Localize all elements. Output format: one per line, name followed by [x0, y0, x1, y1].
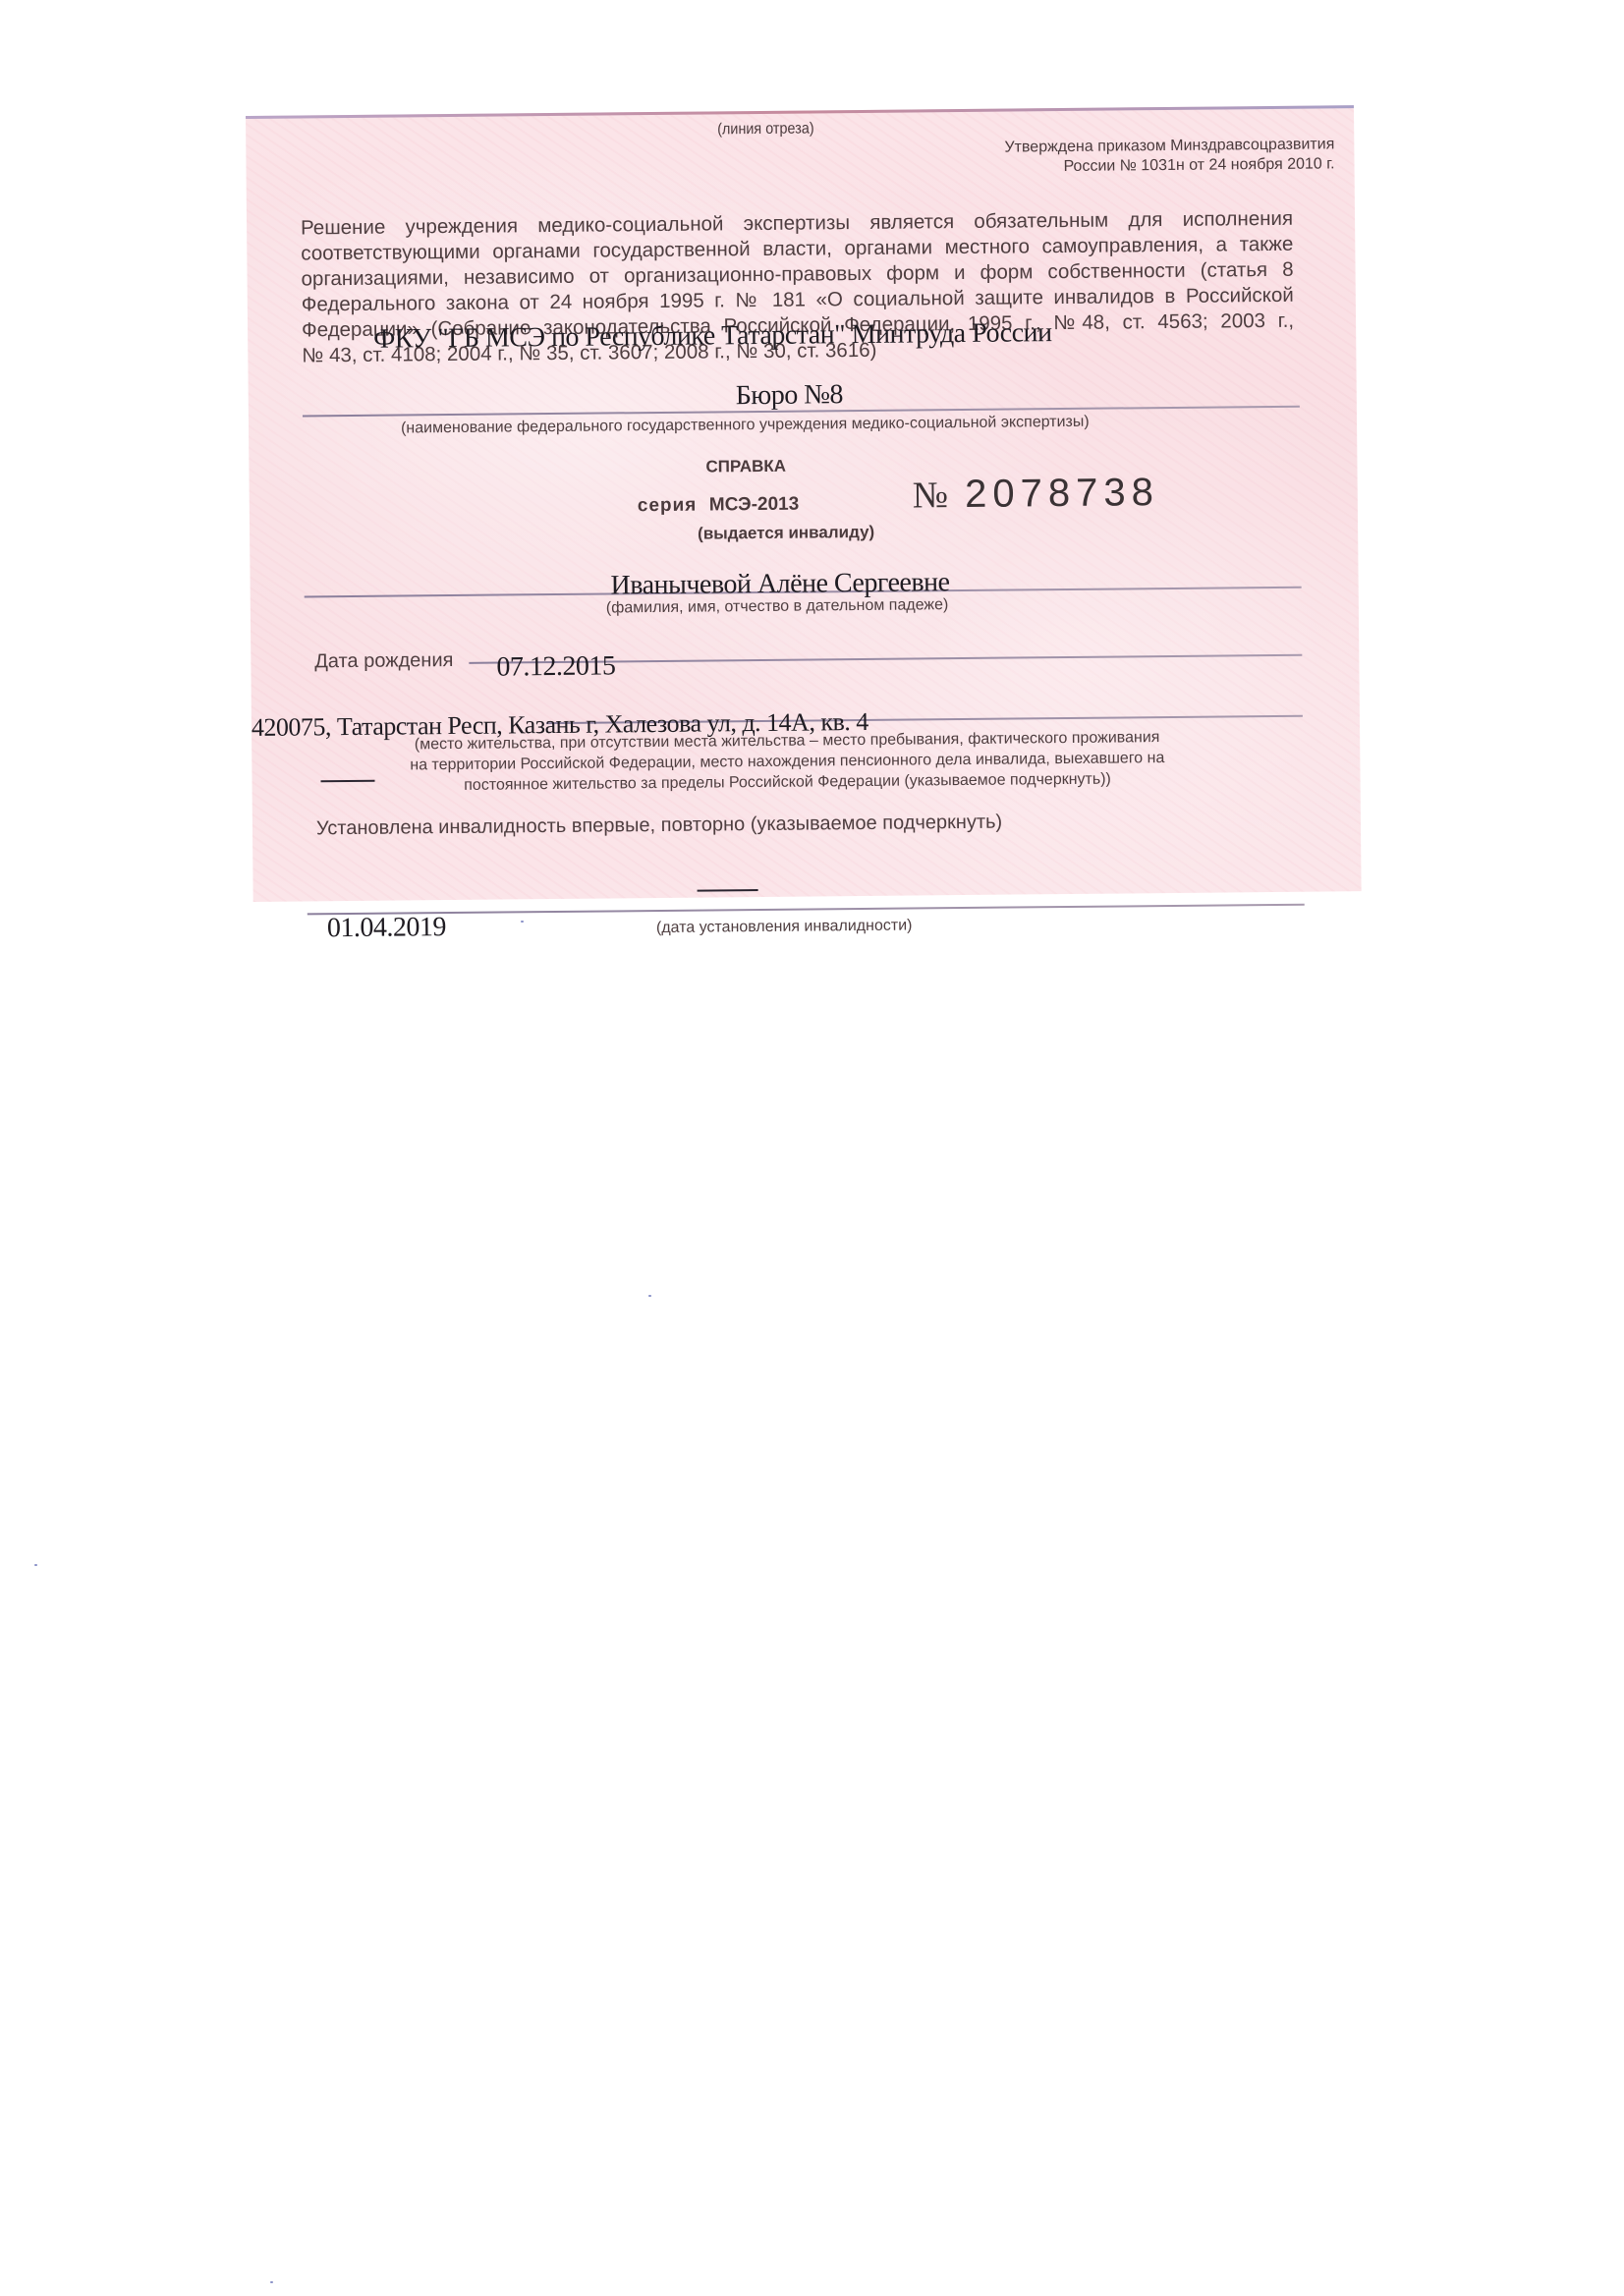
disability-certificate-card: (линия отреза) Утверждена приказом Минзд…: [246, 105, 1362, 902]
birth-date-label: Дата рождения: [314, 649, 453, 673]
recipient-caption: (фамилия, имя, отчество в дательном паде…: [606, 596, 949, 617]
series-value: МСЭ-2013: [709, 494, 800, 517]
series-label: серия: [638, 495, 698, 518]
institution-caption: (наименование федерального государственн…: [401, 414, 1090, 438]
issued-to-note: (выдается инвалиду): [698, 523, 874, 544]
scan-speck: [648, 1295, 651, 1297]
disability-date-caption: (дата установления инвалидности): [656, 918, 913, 937]
birth-date-value: 07.12.2015: [496, 650, 615, 683]
institution-bureau: Бюро №8: [736, 379, 844, 412]
scan-speck: [270, 2281, 273, 2283]
approval-line-2: России № 1031н от 24 ноября 2010 г.: [1005, 154, 1335, 177]
disability-established-text: Установлена инвалидность впервые, повтор…: [316, 812, 1002, 841]
disability-first-time-mark: [698, 889, 758, 892]
scan-speck: [521, 921, 524, 923]
certificate-number: № 2078738: [913, 471, 1160, 517]
cut-line: [246, 105, 1354, 119]
institution-name: ФКУ "ГБ МСЭ по Республике Татарстан" Мин…: [373, 317, 1052, 356]
number-value: 2078738: [965, 471, 1159, 516]
disability-date-rule: [308, 904, 1305, 916]
approval-note: Утверждена приказом Минздравсоцразвития …: [1004, 135, 1334, 177]
scan-speck: [34, 1564, 37, 1566]
number-sign: №: [913, 475, 949, 516]
address-caption: (место жительства, при отсутствии места …: [325, 726, 1250, 797]
certificate-title: СПРАВКА: [705, 457, 786, 477]
disability-date-value: 01.04.2019: [327, 912, 446, 944]
cut-line-label: (линия отреза): [717, 120, 814, 139]
